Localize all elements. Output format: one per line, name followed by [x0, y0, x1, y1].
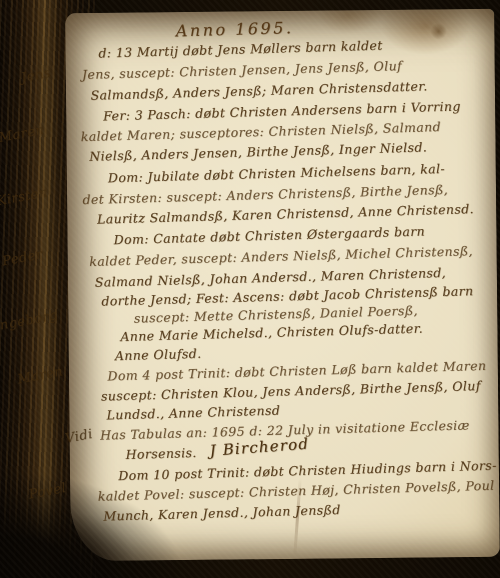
- margin-note: Jens: [20, 67, 52, 85]
- manuscript-line: suscept: Christen Klou, Jens Andersß, Bi…: [101, 380, 481, 403]
- manuscript-line: Dom: Jubilate døbt Christen Michelsens b…: [108, 163, 445, 185]
- bishop-signature: J Bircherod: [209, 437, 310, 459]
- manuscript-line: Horsensis.: [125, 447, 196, 461]
- manuscript-line: Anne Olufsd.: [115, 348, 202, 363]
- manuscript-line: Salmandsß, Anders Jensß; Maren Christens…: [90, 80, 427, 102]
- margin-note: Kirsten: [0, 186, 49, 208]
- handwriting-layer: Anno 1695. d: 13 Martij døbt Jens Møller…: [0, 0, 500, 578]
- margin-note: Maren: [0, 124, 45, 145]
- year-heading: Anno 1695.: [176, 20, 294, 39]
- manuscript-line: Munch, Karen Jensd., Johan Jensßd: [103, 504, 341, 523]
- manuscript-photo: Anno 1695. d: 13 Martij døbt Jens Møller…: [0, 0, 500, 578]
- manuscript-line: Nielsß, Anders Jensen, Birthe Jensß, Ing…: [89, 141, 427, 163]
- manuscript-line: Lundsd., Anne Christensd: [106, 405, 280, 422]
- manuscript-line: dorthe Jensd; Fest: Ascens: døbt Jacob C…: [101, 285, 474, 308]
- margin-note: Maren: [17, 365, 64, 386]
- margin-note: Ingeborg: [0, 309, 59, 334]
- margin-note: Povel: [28, 482, 67, 502]
- margin-note: Vidi: [64, 428, 94, 446]
- manuscript-line: d: 13 Martij døbt Jens Møllers barn kald…: [98, 40, 383, 60]
- manuscript-line: Anne Marie Michelsd., Christen Olufs-dat…: [120, 323, 423, 344]
- manuscript-line: Jens, suscept: Christen Jensen, Jens Jen…: [82, 60, 402, 81]
- manuscript-line: kaldet Povel: suscept: Christen Høj, Chr…: [98, 480, 495, 504]
- manuscript-line: Dom: Cantate døbt Christen Østergaards b…: [113, 226, 425, 247]
- margin-note: Peder: [1, 248, 43, 268]
